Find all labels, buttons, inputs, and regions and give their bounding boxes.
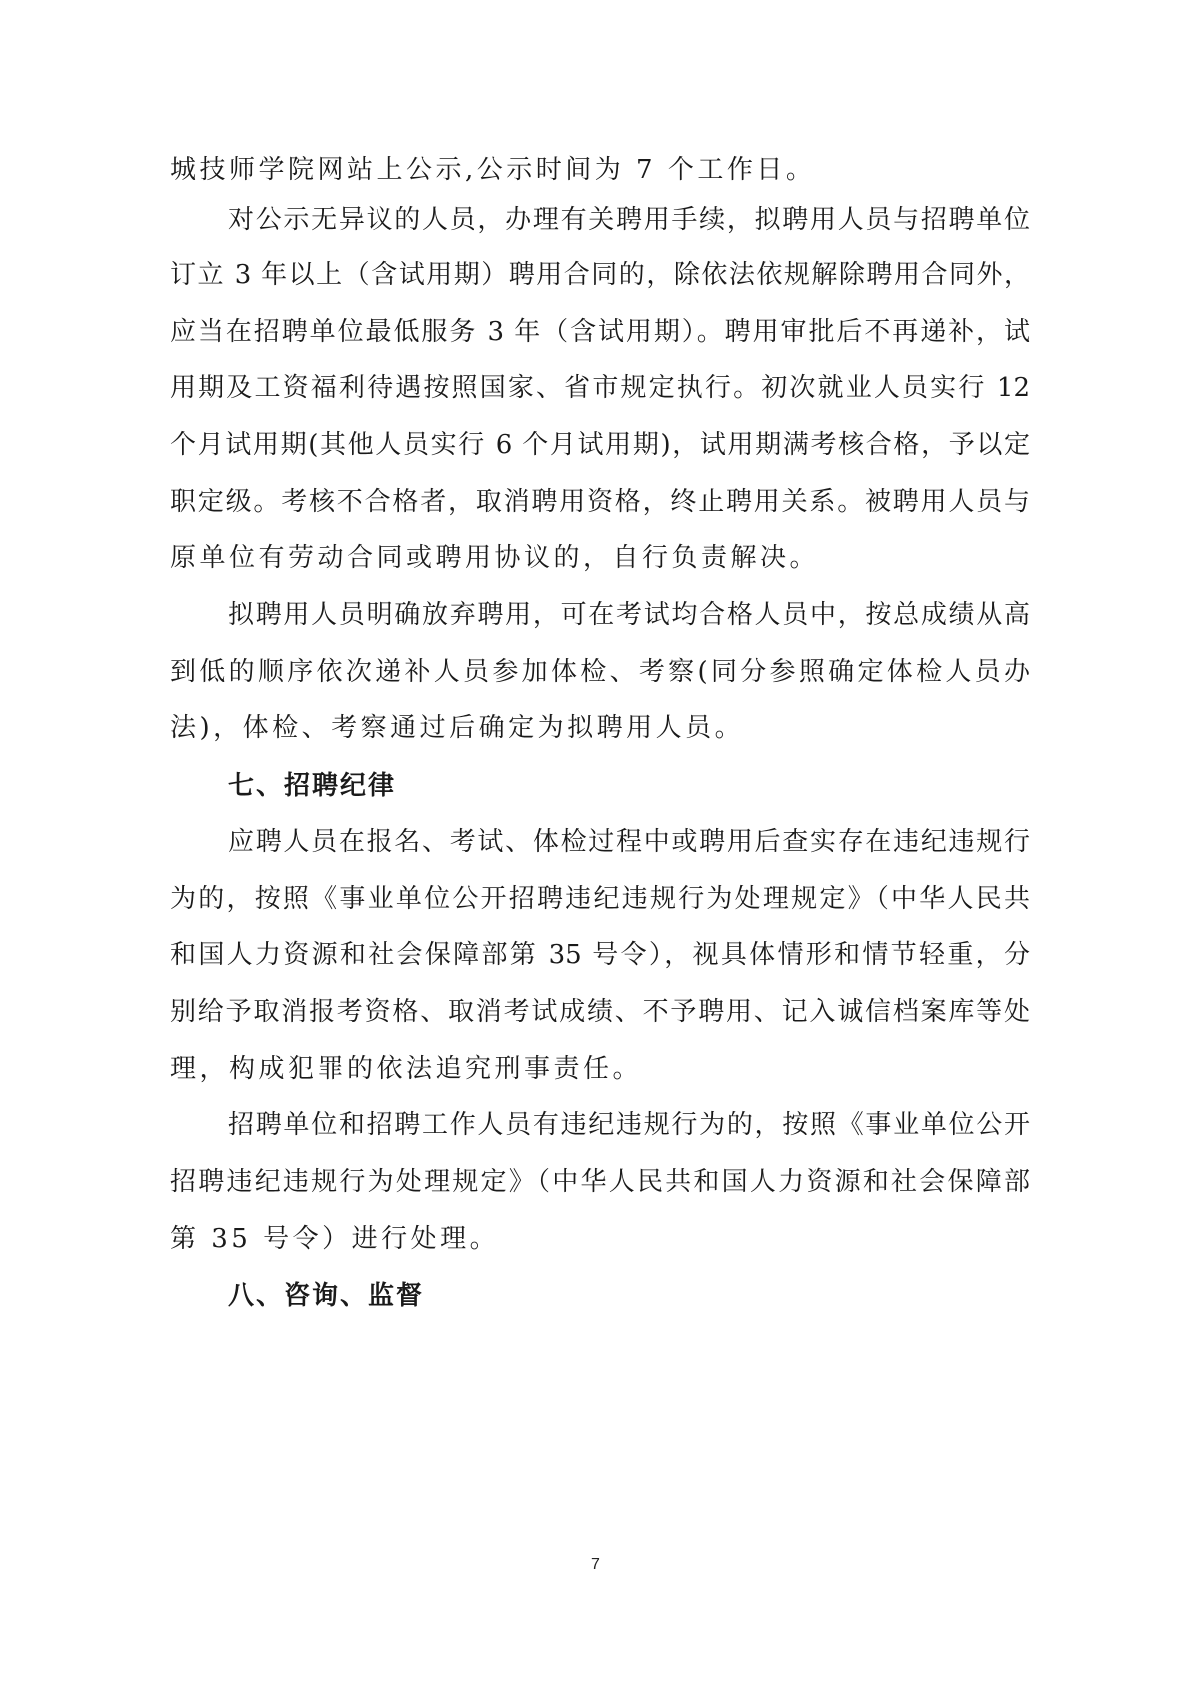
paragraph-line: 到低的顺序依次递补人员参加体检、考察(同分参照确定体检人员办 — [170, 652, 1030, 692]
paragraph-line: 招聘单位和招聘工作人员有违纪违规行为的，按照《事业单位公开 — [228, 1105, 1030, 1145]
paragraph-line: 原单位有劳动合同或聘用协议的，自行负责解决。 — [170, 538, 1030, 578]
paragraph-line: 和国人力资源和社会保障部第 35 号令），视具体情形和情节轻重，分 — [170, 935, 1030, 975]
paragraph-line: 城技师学院网站上公示,公示时间为 7 个工作日。 — [170, 150, 1030, 190]
paragraph-line: 应当在招聘单位最低服务 3 年（含试用期）。聘用审批后不再递补，试 — [170, 312, 1030, 352]
paragraph-line: 拟聘用人员明确放弃聘用，可在考试均合格人员中，按总成绩从高 — [228, 595, 1030, 635]
paragraph-line: 为的，按照《事业单位公开招聘违纪违规行为处理规定》（中华人民共 — [170, 879, 1030, 919]
page-number: 7 — [0, 1556, 1191, 1574]
paragraph-line: 招聘违纪违规行为处理规定》（中华人民共和国人力资源和社会保障部 — [170, 1162, 1030, 1202]
paragraph-line: 别给予取消报考资格、取消考试成绩、不予聘用、记入诚信档案库等处 — [170, 992, 1030, 1032]
document-page: 城技师学院网站上公示,公示时间为 7 个工作日。 对公示无异议的人员，办理有关聘… — [0, 0, 1191, 1684]
paragraph-line: 理，构成犯罪的依法追究刑事责任。 — [170, 1049, 1030, 1089]
paragraph-line: 第 35 号令）进行处理。 — [170, 1219, 1030, 1259]
section-heading-consultation-supervision: 八、咨询、监督 — [228, 1276, 424, 1316]
paragraph-line: 对公示无异议的人员，办理有关聘用手续，拟聘用人员与招聘单位 — [228, 200, 1030, 240]
paragraph-line: 个月试用期(其他人员实行 6 个月试用期)，试用期满考核合格，予以定 — [170, 425, 1030, 465]
paragraph-line: 应聘人员在报名、考试、体检过程中或聘用后查实存在违纪违规行 — [228, 822, 1030, 862]
paragraph-line: 用期及工资福利待遇按照国家、省市规定执行。初次就业人员实行 12 — [170, 368, 1030, 408]
paragraph-line: 法)，体检、考察通过后确定为拟聘用人员。 — [170, 708, 1030, 748]
section-heading-recruitment-discipline: 七、招聘纪律 — [228, 766, 396, 806]
paragraph-line: 订立 3 年以上（含试用期）聘用合同的，除依法依规解除聘用合同外， — [170, 255, 1030, 295]
paragraph-line: 职定级。考核不合格者，取消聘用资格，终止聘用关系。被聘用人员与 — [170, 482, 1030, 522]
